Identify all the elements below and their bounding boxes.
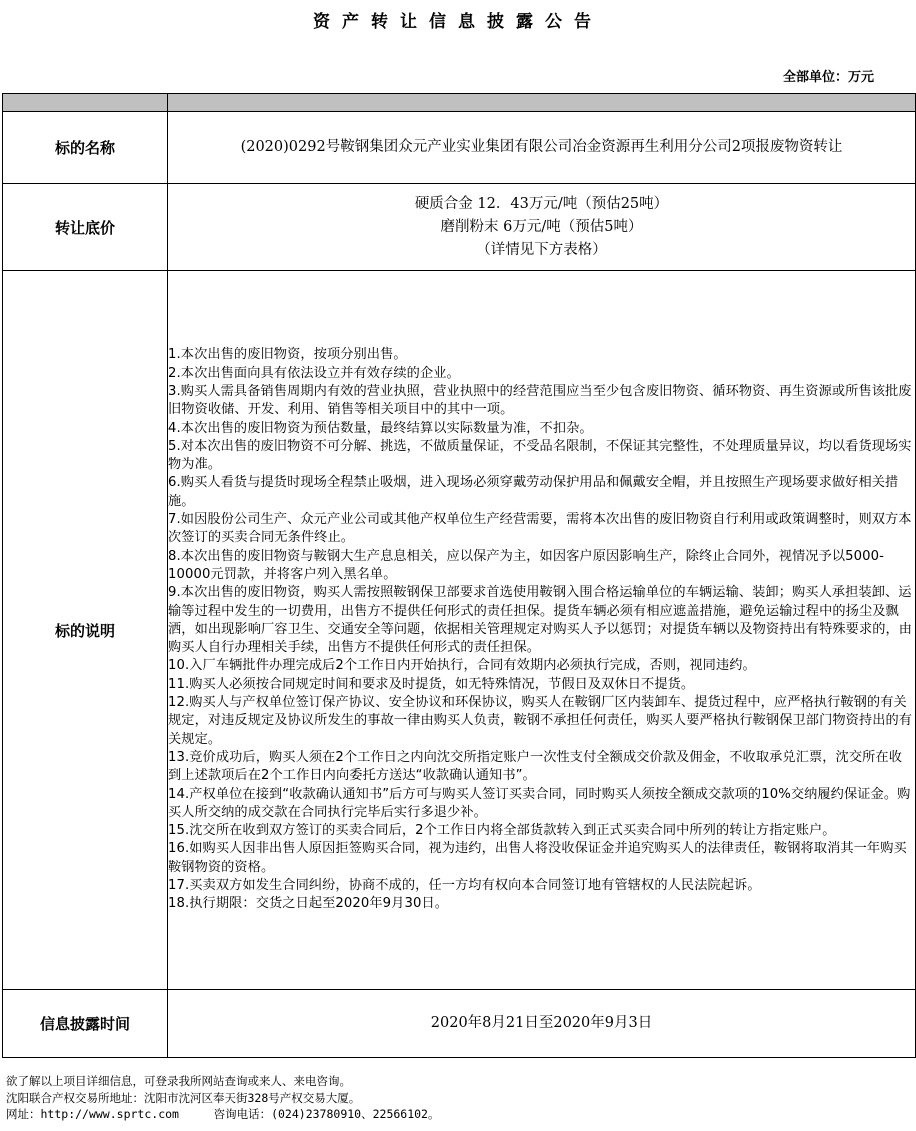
footer-contact-info: 欲了解以上项目详细信息，可登录我所网站查询或来人、来电咨询。 沈阳联合产权交易所… [6, 1073, 439, 1123]
table-header-row [3, 94, 916, 112]
description-item: 7.如因股份公司生产、众元产业公司或其他产权单位生产经营需要，需将本次出售的废旧… [168, 511, 915, 548]
table-row-disclosure-period: 信息披露时间 2020年8月21日至2020年9月3日 [3, 990, 916, 1058]
footer-line: 沈阳联合产权交易所地址：沈阳市沈河区奉天街328号产权交易大厦。 [6, 1090, 439, 1107]
description-list: 1.本次出售的废旧物资，按项分别出售。 2.本次出售面向具有依法设立并有效存续的… [168, 271, 916, 990]
table-row-reserve-price: 转让底价 硬质合金 12．43万元/吨（预估25吨） 磨削粉末 6万元/吨（预估… [3, 184, 916, 271]
subject-name-value: (2020)0292号鞍钢集团众元产业实业集团有限公司冶金资源再生利用分公司2项… [168, 112, 916, 184]
row-label: 转让底价 [3, 184, 168, 271]
table-row-subject-name: 标的名称 (2020)0292号鞍钢集团众元产业实业集团有限公司冶金资源再生利用… [3, 112, 916, 184]
description-item: 11.购买人必须按合同规定时间和要求及时提货，如无特殊情况，节假日及双休日不提货… [168, 676, 915, 694]
description-item: 10.入厂车辆批件办理完成后2个工作日内开始执行，合同有效期内必须执行完成，否则… [168, 657, 915, 675]
description-item: 9.本次出售的废旧物资，购买人需按照鞍钢保卫部要求首选使用鞍钢入围合格运输单位的… [168, 584, 915, 657]
description-item: 4.本次出售的废旧物资为预估数量，最终结算以实际数量为准，不扣杂。 [168, 420, 915, 438]
header-cell-left [3, 94, 168, 112]
row-label: 信息披露时间 [3, 990, 168, 1058]
reserve-price-value: 硬质合金 12．43万元/吨（预估25吨） 磨削粉末 6万元/吨（预估5吨） （… [168, 184, 916, 271]
price-line: 硬质合金 12．43万元/吨（预估25吨） [168, 193, 915, 216]
description-item: 16.如购买人因非出售人原因拒签购买合同，视为违约，出售人将没收保证金并追究购买… [168, 840, 915, 877]
disclosure-period-value: 2020年8月21日至2020年9月3日 [168, 990, 916, 1058]
description-item: 15.沈交所在收到双方签订的买卖合同后，2个工作日内将全部货款转入到正式买卖合同… [168, 822, 915, 840]
description-item: 5.对本次出售的废旧物资不可分解、挑选，不做质量保证，不受品名限制，不保证其完整… [168, 438, 915, 475]
description-item: 12.购买人与产权单位签订保产协议、安全协议和环保协议，购买人在鞍钢厂区内装卸车… [168, 694, 915, 749]
description-item: 1.本次出售的废旧物资，按项分别出售。 [168, 346, 915, 364]
page-title: 资产转让信息披露公告 [0, 10, 916, 34]
row-label: 标的说明 [3, 271, 168, 990]
description-item: 17.买卖双方如发生合同纠纷，协商不成的，任一方均有权向本合同签订地有管辖权的人… [168, 877, 915, 895]
unit-label: 全部单位：万元 [783, 69, 874, 87]
announcement-table: 标的名称 (2020)0292号鞍钢集团众元产业实业集团有限公司冶金资源再生利用… [2, 93, 916, 1058]
price-line: （详情见下方表格） [168, 239, 915, 262]
footer-line: 网址：http://www.sprtc.com 咨询电话：(024)237809… [6, 1106, 439, 1123]
description-item: 2.本次出售面向具有依法设立并有效存续的企业。 [168, 365, 915, 383]
description-item: 6.购买人看货与提货时现场全程禁止吸烟，进入现场必须穿戴劳动保护用品和佩戴安全帽… [168, 474, 915, 511]
description-item: 8.本次出售的废旧物资与鞍钢大生产息息相关，应以保产为主，如因客户原因影响生产，… [168, 548, 915, 585]
description-item: 13.竞价成功后，购买人须在2个工作日之内向沈交所指定账户一次性支付全额成交价款… [168, 749, 915, 786]
row-label: 标的名称 [3, 112, 168, 184]
description-item: 18.执行期限：交货之日起至2020年9月30日。 [168, 895, 915, 913]
header-cell-right [168, 94, 916, 112]
price-line: 磨削粉末 6万元/吨（预估5吨） [168, 216, 915, 239]
description-item: 3.购买人需具备销售周期内有效的营业执照，营业执照中的经营范围应当至少包含废旧物… [168, 383, 915, 420]
description-item: 14.产权单位在接到“收款确认通知书”后方可与购买人签订买卖合同，同时购买人须按… [168, 786, 915, 823]
table-row-subject-description: 标的说明 1.本次出售的废旧物资，按项分别出售。 2.本次出售面向具有依法设立并… [3, 271, 916, 990]
footer-line: 欲了解以上项目详细信息，可登录我所网站查询或来人、来电咨询。 [6, 1073, 439, 1090]
